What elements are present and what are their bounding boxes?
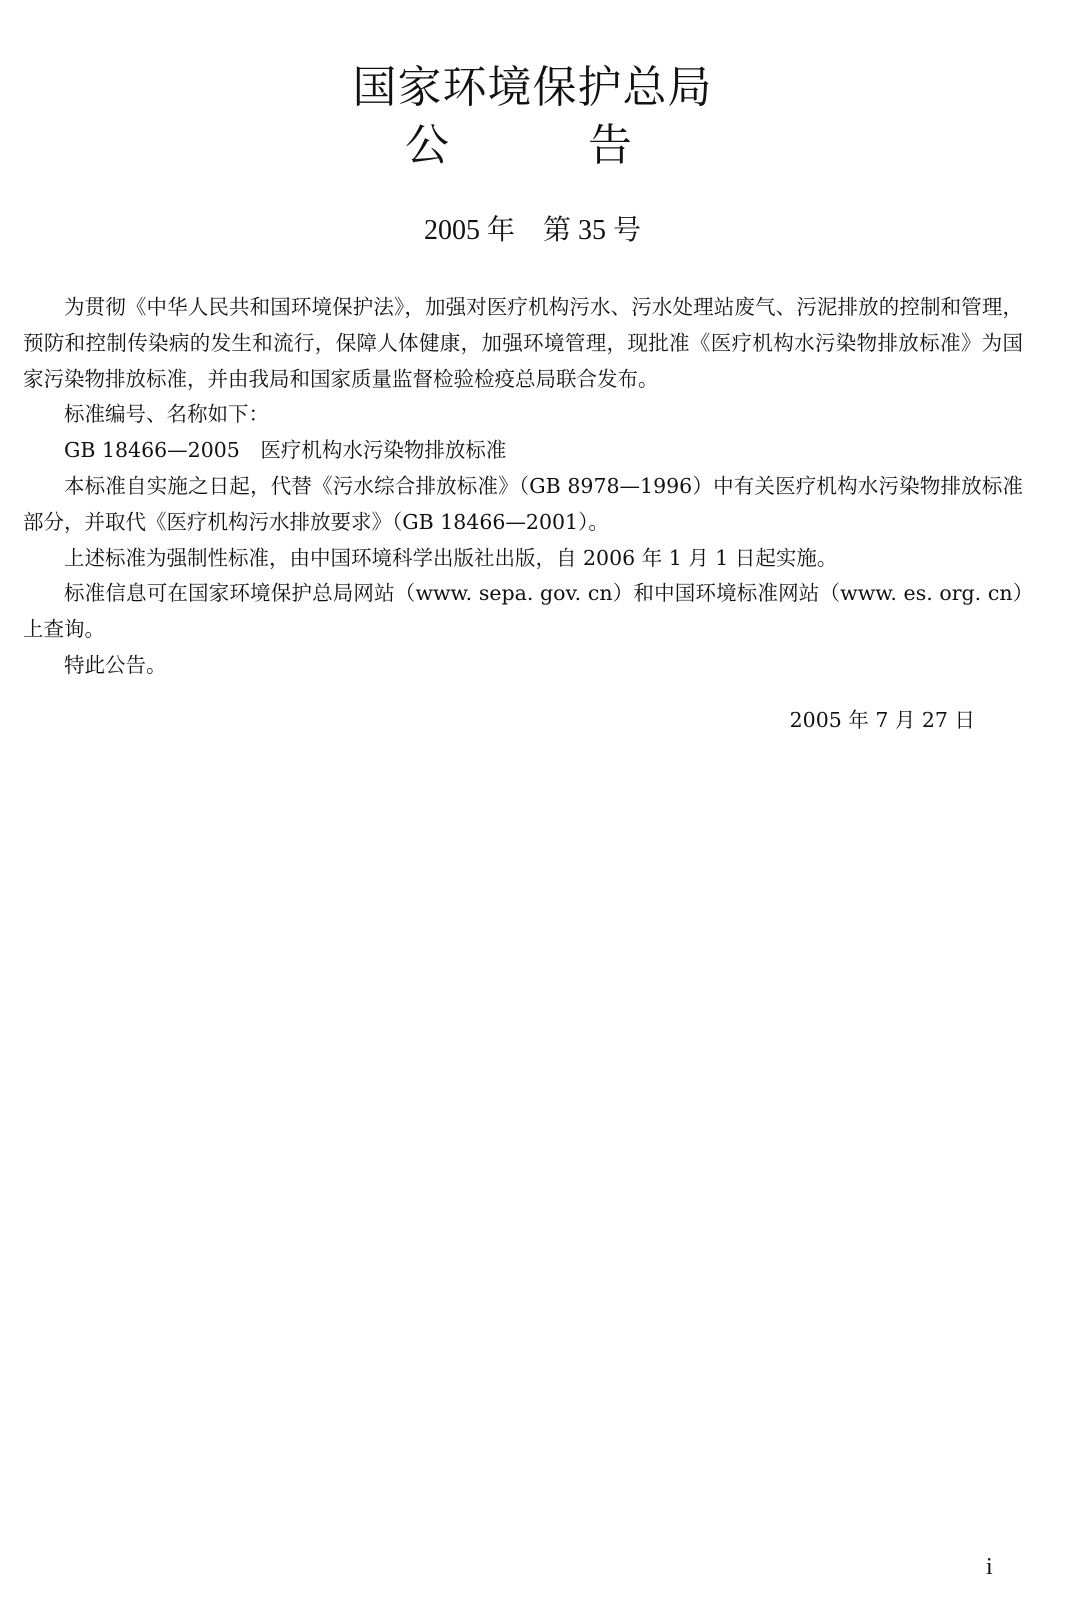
notice-heading: 公 告: [0, 120, 1065, 172]
paragraph-standard-number: GB 18466—2005 医疗机构水污染物排放标准: [23, 433, 1023, 469]
paragraph-replacement: 本标准自实施之日起，代替《污水综合排放标准》（GB 8978—1996）中有关医…: [23, 469, 1023, 541]
issue-number: 2005 年 第 35 号: [0, 213, 1065, 249]
signature-date: 2005 年 7 月 27 日: [790, 705, 975, 735]
paragraph-standard-intro: 标准编号、名称如下：: [23, 397, 1023, 433]
document-page: 国家环境保护总局 公 告 2005 年 第 35 号 为贯彻《中华人民共和国环境…: [0, 0, 1065, 1600]
notice-heading-char: 公: [405, 120, 449, 172]
agency-title: 国家环境保护总局: [0, 62, 1065, 114]
paragraph-purpose: 为贯彻《中华人民共和国环境保护法》，加强对医疗机构污水、污水处理站废气、污泥排放…: [23, 290, 1023, 397]
announcement-body: 为贯彻《中华人民共和国环境保护法》，加强对医疗机构污水、污水处理站废气、污泥排放…: [23, 290, 1023, 684]
paragraph-websites: 标准信息可在国家环境保护总局网站（www. sepa. gov. cn）和中国环…: [23, 576, 1023, 648]
paragraph-closing: 特此公告。: [23, 648, 1023, 684]
page-number: i: [986, 1553, 993, 1581]
paragraph-effective-date: 上述标准为强制性标准，由中国环境科学出版社出版，自 2006 年 1 月 1 日…: [23, 541, 1023, 577]
notice-heading-char: 告: [588, 120, 632, 172]
